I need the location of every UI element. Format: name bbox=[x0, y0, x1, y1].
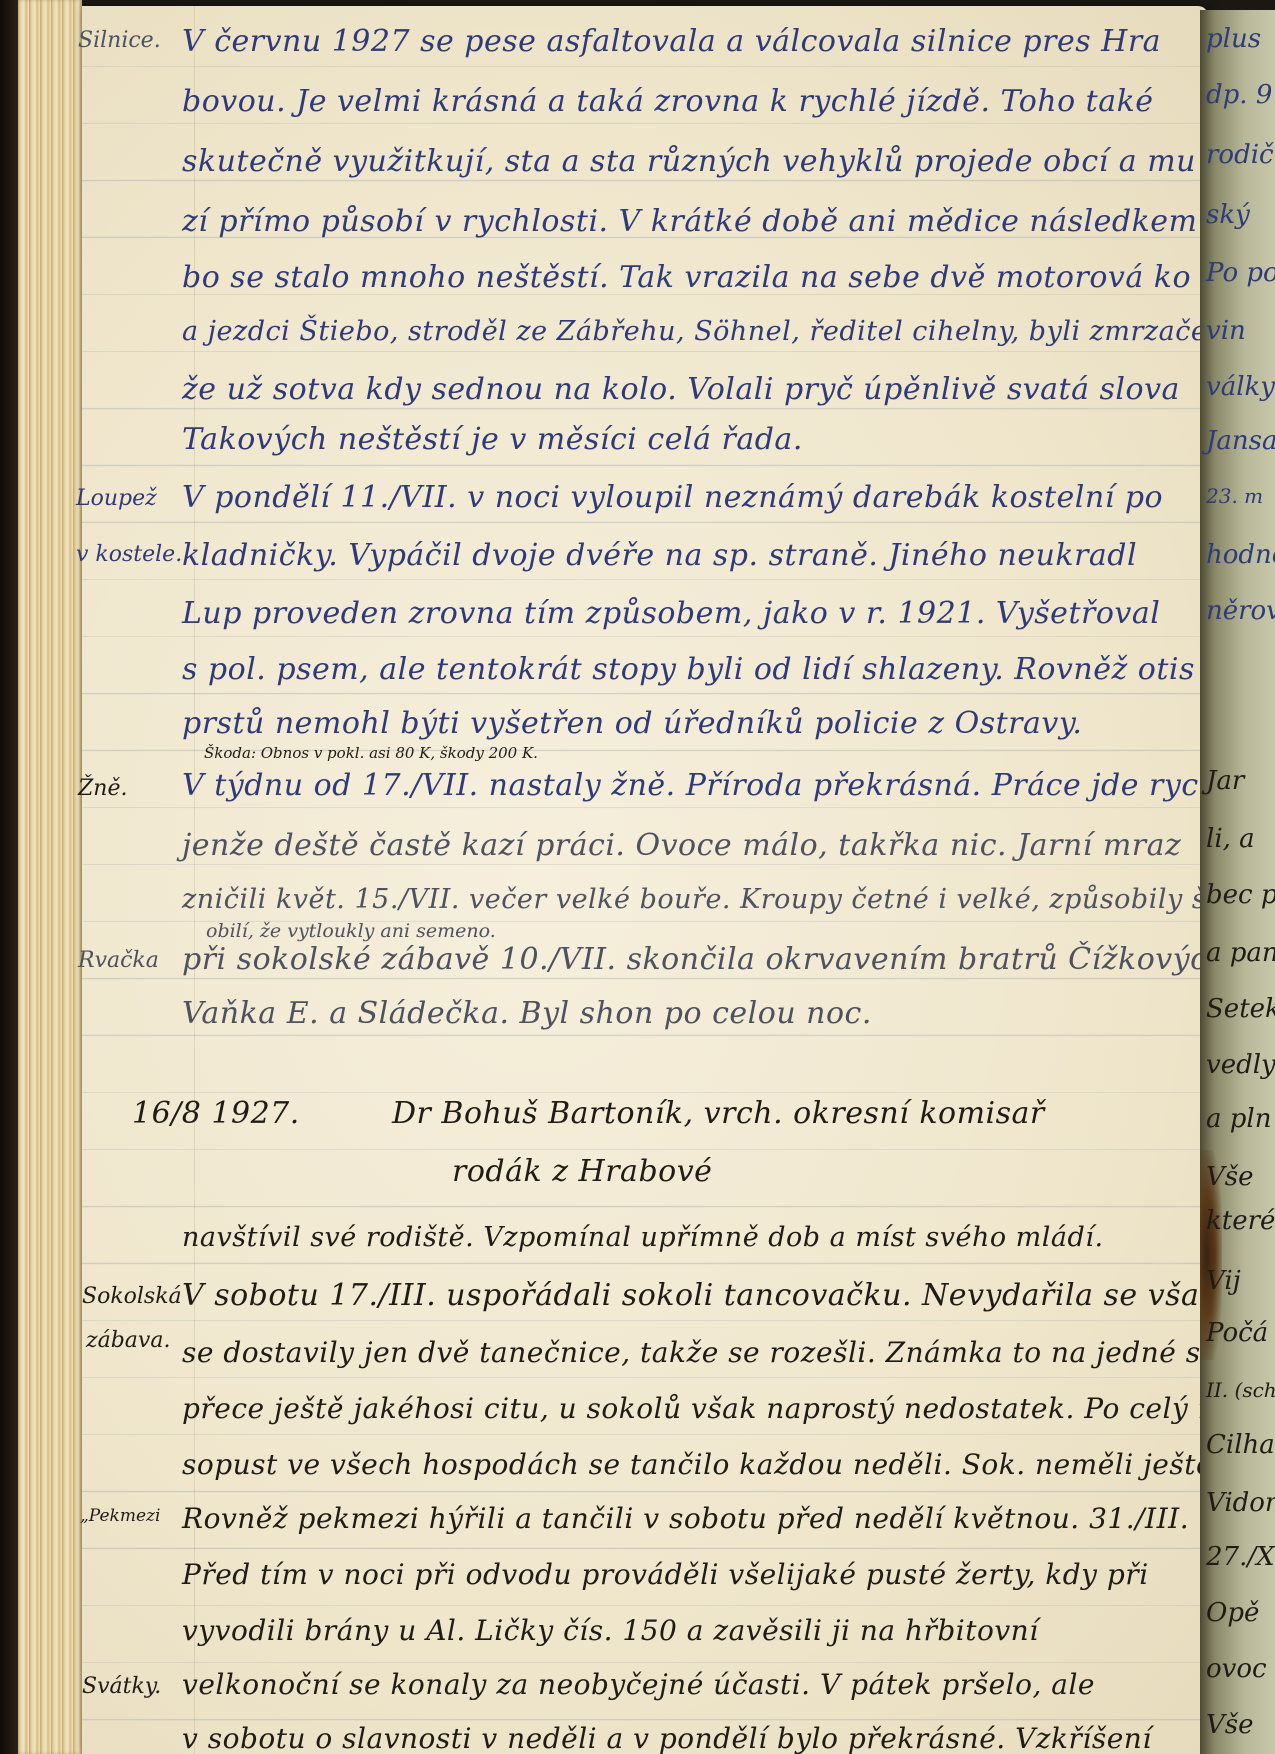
text-line: Rovněž pekmezi hýřili a tančili v sobotu… bbox=[182, 1502, 1189, 1535]
margin-note-pekmezi: „Pekmezi bbox=[80, 1506, 160, 1526]
fragment: Vidom bbox=[1206, 1488, 1275, 1518]
fragment: plus bbox=[1206, 24, 1261, 54]
text-line: v sobotu o slavnosti v neděli a v ponděl… bbox=[182, 1722, 1152, 1754]
text-line: Vaňka E. a Sládečka. Byl shon po celou n… bbox=[182, 996, 872, 1031]
text-line: zí přímo působí v rychlosti. V krátké do… bbox=[182, 204, 1197, 239]
text-line: se dostavily jen dvě tanečnice, takže se… bbox=[182, 1336, 1243, 1369]
text-line: V sobotu 17./III. uspořádali sokoli tanc… bbox=[182, 1278, 1275, 1313]
margin-note-svatky: Svátky. bbox=[82, 1674, 161, 1699]
text-line: a jezdci Štiebo, stroděl ze Zábřehu, Söh… bbox=[182, 316, 1234, 347]
text-line: bo se stalo mnoho neštěstí. Tak vrazila … bbox=[182, 260, 1191, 295]
visitor-title: Dr Bohuš Bartoník, vrch. okresní komisař bbox=[392, 1096, 1045, 1131]
fragment: bec p bbox=[1206, 880, 1275, 910]
text-line: V pondělí 11./VII. v noci vyloupil nezná… bbox=[182, 480, 1163, 515]
margin-note-rvacka: Rvačka bbox=[78, 948, 159, 973]
fragment: Vše bbox=[1206, 1162, 1254, 1192]
fragment: ský bbox=[1206, 200, 1250, 230]
fragment: Vij bbox=[1206, 1266, 1241, 1296]
fragment: Opě bbox=[1206, 1598, 1259, 1628]
margin-note-zabava: zábava. bbox=[86, 1328, 170, 1353]
fragment: vin bbox=[1206, 316, 1246, 346]
visitor-subtitle: rodák z Hrabové bbox=[452, 1154, 712, 1189]
text-line: zničili květ. 15./VII. večer velké bouře… bbox=[182, 884, 1275, 915]
chronicle-page: Silnice. V červnu 1927 se pese asfaltova… bbox=[82, 6, 1208, 1754]
fragment: Setek bbox=[1206, 994, 1275, 1024]
text-line: kladničky. Vypáčil dvoje dvéře na sp. st… bbox=[182, 538, 1137, 573]
margin-note-sokolska: Sokolská bbox=[82, 1284, 182, 1309]
fragment: a pln bbox=[1206, 1104, 1271, 1134]
fragment: 27./X bbox=[1206, 1542, 1275, 1572]
text-line: s pol. psem, ale tentokrát stopy byli od… bbox=[182, 652, 1195, 687]
text-line: Před tím v noci při odvodu prováděli vše… bbox=[182, 1558, 1149, 1591]
fragment: Vše bbox=[1206, 1710, 1254, 1740]
fragment: vedly bbox=[1206, 1050, 1275, 1080]
damage-annotation: Škoda: Obnos v pokl. asi 80 K, škody 200… bbox=[204, 744, 538, 762]
hail-annotation: obilí, že vytloukly ani semeno. bbox=[206, 920, 496, 942]
fragment: rodič bbox=[1206, 140, 1274, 170]
fragment: 23. m bbox=[1206, 484, 1263, 508]
fragment: Jansa bbox=[1206, 426, 1275, 456]
fragment: Počá bbox=[1206, 1318, 1268, 1348]
text-line: V červnu 1927 se pese asfaltovala a válc… bbox=[182, 24, 1161, 59]
margin-note-v-kostele: v kostele. bbox=[76, 542, 182, 567]
text-line: vyvodili brány u Al. Ličky čís. 150 a za… bbox=[182, 1614, 1039, 1647]
text-line: jenže deště častě kazí práci. Ovoce málo… bbox=[182, 828, 1181, 863]
text-line: že už sotva kdy sednou na kolo. Volali p… bbox=[182, 372, 1180, 407]
fragment: II. (sch. bbox=[1206, 1378, 1275, 1402]
text-line: Takových neštěstí je v měsíci celá řada. bbox=[182, 422, 803, 457]
fragment: li, a bbox=[1206, 824, 1255, 854]
page-stack-edges bbox=[18, 0, 82, 1754]
fragment: a pan bbox=[1206, 938, 1275, 968]
fragment: hodnet bbox=[1206, 540, 1275, 570]
fragment: dp. 9. bbox=[1206, 80, 1275, 110]
book-spine-edge bbox=[0, 0, 18, 1754]
fragment: něrov bbox=[1206, 596, 1275, 626]
fragment: Jar bbox=[1206, 766, 1244, 796]
fragment: Cilham bbox=[1206, 1430, 1275, 1460]
text-line: přece ještě jakéhosi citu, u sokolů však… bbox=[182, 1392, 1242, 1425]
fragment: války bbox=[1206, 372, 1275, 402]
fragment: Po po bbox=[1206, 258, 1275, 288]
margin-note-loupez: Loupež bbox=[76, 486, 157, 511]
text-line: navštívil své rodiště. Vzpomínal upřímně… bbox=[182, 1222, 1104, 1253]
text-line: prstů nemohl býti vyšetřen od úředníků p… bbox=[182, 706, 1082, 741]
text-line: skutečně využitkují, sta a sta různých v… bbox=[182, 144, 1196, 179]
fragment: ovoc bbox=[1206, 1654, 1267, 1684]
entry-date: 16/8 1927. bbox=[132, 1096, 300, 1131]
text-line: při sokolské zábavě 10./VII. skončila ok… bbox=[182, 942, 1227, 977]
text-line: Lup proveden zrovna tím způsobem, jako v… bbox=[182, 596, 1160, 631]
fragment: které bbox=[1206, 1206, 1275, 1236]
text-line: velkonoční se konaly za neobyčejné účast… bbox=[182, 1668, 1095, 1701]
margin-note-silnice: Silnice. bbox=[78, 28, 161, 53]
text-line: sopust ve všech hospodách se tančilo kaž… bbox=[182, 1448, 1258, 1481]
text-line: V týdnu od 17./VII. nastaly žně. Příroda… bbox=[182, 768, 1275, 803]
margin-note-zne: Žně. bbox=[78, 776, 127, 801]
text-line: bovou. Je velmi krásná a taká zrovna k r… bbox=[182, 84, 1154, 119]
adjacent-page-edge: plus dp. 9. rodič ský Po po vin války Ja… bbox=[1200, 10, 1275, 1754]
